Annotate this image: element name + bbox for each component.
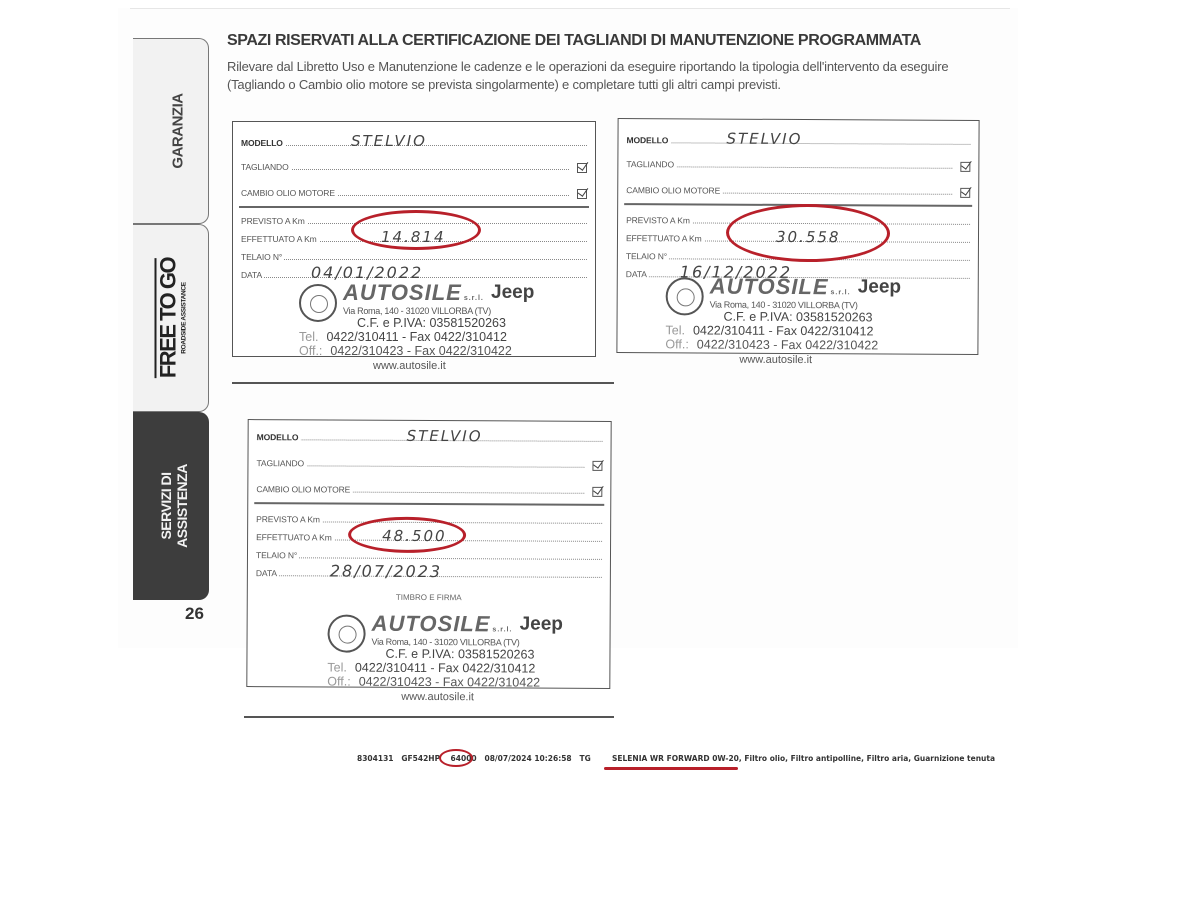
stamp-web: www.autosile.it — [401, 691, 474, 703]
tab-garanzia-label: GARANZIA — [170, 93, 187, 168]
previsto-label: PREVISTO A Km — [626, 215, 692, 225]
telaio-label: TELAIO N° — [256, 550, 299, 560]
red-underline-annotation — [604, 767, 738, 770]
data-label: DATA — [626, 269, 649, 279]
tab-servizi-line2: ASSISTENZA — [174, 464, 190, 548]
red-circle-annotation — [351, 210, 481, 250]
tel-prefix: Tel. — [327, 660, 347, 674]
tel-value: 0422/310411 - Fax 0422/310412 — [693, 323, 874, 338]
cambio-olio-label: CAMBIO OLIO MOTORE — [626, 185, 722, 196]
brand-suffix: s.r.l. — [492, 626, 512, 633]
stamp-vat: C.F. e P.IVA: 03581520263 — [385, 647, 534, 662]
stamp-vat: C.F. e P.IVA: 03581520263 — [357, 316, 506, 330]
tab-servizi-line1: SERVIZI DI — [158, 472, 174, 539]
data-label: DATA — [241, 270, 264, 280]
cambio-olio-checkbox-checked — [960, 188, 970, 198]
off-value: 0422/310423 - Fax 0422/310422 — [359, 675, 540, 690]
section-rule — [232, 382, 614, 384]
effettuato-label: EFFETTUATO A Km — [241, 234, 319, 244]
brand-name: AUTOSILE — [372, 611, 491, 637]
data-value: 28/07/2023 — [330, 561, 442, 581]
tagliando-checkbox-checked — [960, 162, 970, 172]
record-datetime: 08/07/2024 10:26:58 — [484, 754, 571, 763]
brand-suffix: s.r.l. — [831, 289, 851, 296]
tagliando-checkbox-checked — [577, 163, 587, 173]
system-record-items: SELENIA WR FORWARD 0W-20, Filtro olio, F… — [612, 754, 995, 763]
modello-label: MODELLO — [257, 432, 301, 442]
service-card-3: MODELLO STELVIO TAGLIANDO CAMBIO OLIO MO… — [246, 419, 611, 689]
stamp-address: Via Roma, 140 - 31020 VILLORBA (TV) — [343, 306, 491, 316]
stamp-web: www.autosile.it — [373, 360, 446, 372]
stamp-brand: AUTOSILEs.r.l. — [372, 611, 513, 638]
tel-value: 0422/310411 - Fax 0422/310412 — [326, 330, 506, 344]
modello-row: MODELLO STELVIO — [241, 134, 587, 150]
off-value: 0422/310423 - Fax 0422/310422 — [330, 344, 511, 358]
modello-value: STELVIO — [407, 427, 483, 445]
cambio-olio-label: CAMBIO OLIO MOTORE — [256, 484, 352, 495]
alfa-romeo-logo-icon — [327, 614, 365, 652]
modello-value: STELVIO — [726, 130, 802, 148]
tab-garanzia: GARANZIA — [133, 38, 209, 224]
off-value: 0422/310423 - Fax 0422/310422 — [697, 337, 878, 352]
tel-value: 0422/310411 - Fax 0422/310412 — [355, 661, 536, 676]
free-to-go-title: FREE TO GO — [154, 258, 180, 378]
cambio-olio-row: CAMBIO OLIO MOTORE — [256, 480, 602, 498]
tab-servizi-label: SERVIZI DI ASSISTENZA — [158, 464, 190, 548]
stamp-off: Off.:0422/310423 - Fax 0422/310422 — [327, 674, 540, 689]
plate-number: GF542HP — [401, 754, 440, 763]
data-value: 16/12/2022 — [680, 262, 792, 282]
red-circle-annotation — [726, 204, 890, 263]
jeep-logo: Jeep — [520, 613, 563, 635]
alfa-romeo-logo-icon — [299, 284, 337, 322]
section-rule — [244, 716, 614, 718]
dealer-stamp: AUTOSILEs.r.l. Jeep Via Roma, 140 - 3102… — [665, 273, 925, 370]
data-label: DATA — [256, 568, 279, 578]
stamp-tel: Tel.0422/310411 - Fax 0422/310412 — [665, 323, 873, 338]
cambio-olio-checkbox-checked — [592, 487, 602, 497]
stamp-off: Off.:0422/310423 - Fax 0422/310422 — [665, 337, 878, 352]
dotted-line — [256, 557, 602, 560]
tagliando-checkbox-checked — [592, 461, 602, 471]
tagliando-label: TAGLIANDO — [626, 159, 676, 169]
stamp-off: Off.:0422/310423 - Fax 0422/310422 — [299, 344, 512, 358]
off-prefix: Off.: — [327, 674, 350, 688]
previsto-label: PREVISTO A Km — [256, 514, 322, 524]
page-edge — [130, 8, 1010, 9]
off-prefix: Off.: — [299, 344, 322, 358]
tagliando-row: TAGLIANDO — [241, 158, 587, 174]
data-row: DATA 28/07/2023 — [256, 564, 602, 582]
record-code: 8304131 — [357, 754, 394, 763]
cambio-olio-row: CAMBIO OLIO MOTORE — [241, 184, 587, 200]
tagliando-label: TAGLIANDO — [241, 162, 291, 172]
roadside-assistance-subtitle: ROADSIDE ASSISTANCE — [180, 258, 187, 378]
modello-value: STELVIO — [351, 132, 427, 150]
page-number: 26 — [185, 604, 204, 624]
cambio-olio-label: CAMBIO OLIO MOTORE — [241, 188, 337, 198]
brand-suffix: s.r.l. — [464, 295, 484, 302]
effettuato-label: EFFETTUATO A Km — [256, 532, 334, 542]
section-divider — [239, 206, 589, 208]
jeep-logo: Jeep — [491, 282, 534, 304]
tab-free-to-go-label: FREE TO GO ROADSIDE ASSISTANCE — [154, 258, 187, 378]
previsto-label: PREVISTO A Km — [241, 216, 307, 226]
service-card-1: MODELLO STELVIO TAGLIANDO CAMBIO OLIO MO… — [232, 121, 596, 357]
modello-label: MODELLO — [626, 135, 670, 145]
stamp-brand: AUTOSILEs.r.l. — [343, 280, 484, 306]
dealer-stamp: AUTOSILEs.r.l. Jeep Via Roma, 140 - 3102… — [299, 280, 559, 376]
red-circle-km-annotation — [439, 749, 473, 767]
modello-row: MODELLO STELVIO — [257, 428, 603, 446]
section-divider — [254, 502, 604, 506]
tel-prefix: Tel. — [299, 330, 318, 344]
stamp-vat: C.F. e P.IVA: 03581520263 — [724, 310, 873, 325]
stamp-tel: Tel.0422/310411 - Fax 0422/310412 — [299, 330, 507, 344]
tab-free-to-go: FREE TO GO ROADSIDE ASSISTANCE — [133, 224, 209, 412]
timbro-e-firma-label: TIMBRO E FIRMA — [248, 592, 610, 603]
tab-servizi-di-assistenza: SERVIZI DI ASSISTENZA — [133, 412, 209, 600]
off-prefix: Off.: — [665, 337, 688, 351]
stamp-tel: Tel.0422/310411 - Fax 0422/310412 — [327, 660, 535, 675]
telaio-row: TELAIO N° — [241, 248, 587, 264]
tagliando-label: TAGLIANDO — [256, 458, 306, 468]
dealer-stamp: AUTOSILEs.r.l. Jeep Via Roma, 140 - 3102… — [327, 610, 587, 707]
record-type: TG — [579, 754, 590, 763]
modello-label: MODELLO — [241, 138, 285, 148]
tagliando-row: TAGLIANDO — [626, 155, 970, 173]
telaio-label: TELAIO N° — [241, 252, 284, 262]
dotted-line — [241, 259, 587, 260]
stamp-web: www.autosile.it — [739, 354, 812, 366]
telaio-label: TELAIO N° — [626, 251, 669, 261]
cambio-olio-row: CAMBIO OLIO MOTORE — [626, 181, 970, 199]
brand-name: AUTOSILE — [343, 280, 462, 305]
system-record-line: 8304131 GF542HP 64000 08/07/2024 10:26:5… — [357, 754, 591, 763]
modello-row: MODELLO STELVIO — [626, 131, 970, 149]
red-circle-annotation — [348, 517, 466, 554]
data-value: 04/01/2022 — [311, 263, 423, 282]
tel-prefix: Tel. — [665, 323, 685, 337]
alfa-romeo-logo-icon — [666, 277, 704, 315]
oil-product: SELENIA WR FORWARD 0W-20, — [612, 754, 742, 763]
intro-text: Rilevare dal Libretto Uso e Manutenzione… — [227, 58, 997, 94]
page-title: SPAZI RISERVATI ALLA CERTIFICAZIONE DEI … — [227, 32, 921, 50]
jeep-logo: Jeep — [858, 276, 901, 298]
cambio-olio-checkbox-checked — [577, 189, 587, 199]
effettuato-label: EFFETTUATO A Km — [626, 233, 704, 243]
tagliando-row: TAGLIANDO — [256, 454, 602, 472]
service-card-2: MODELLO STELVIO TAGLIANDO CAMBIO OLIO MO… — [616, 118, 979, 355]
replaced-items: Filtro olio, Filtro antipolline, Filtro … — [744, 754, 995, 763]
